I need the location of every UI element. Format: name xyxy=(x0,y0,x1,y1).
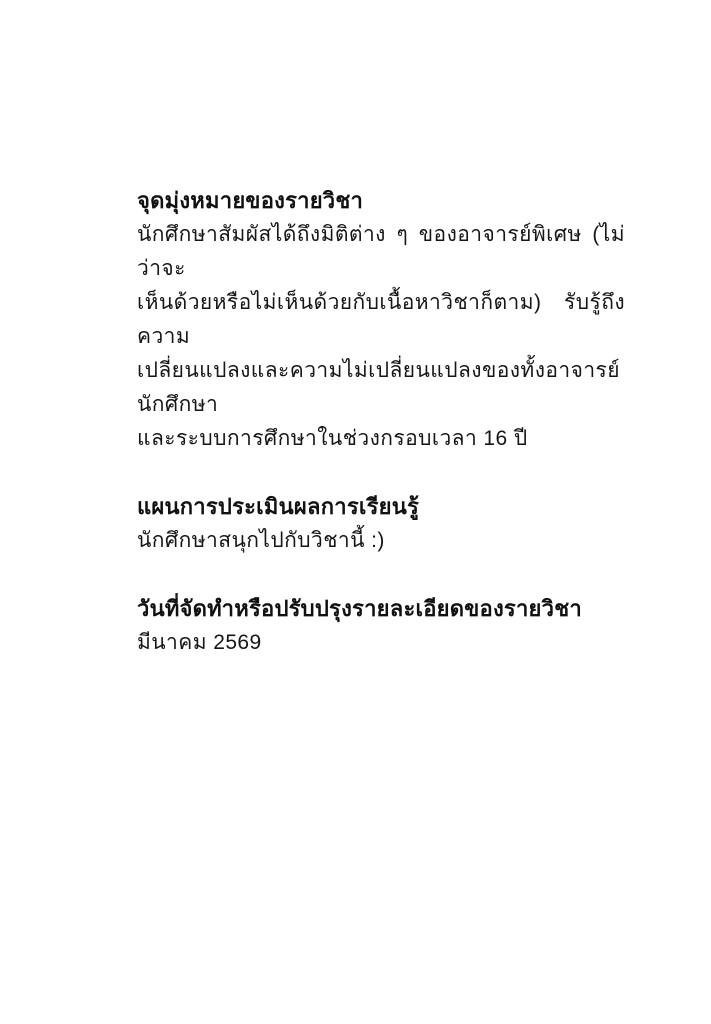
section-heading: วันที่จัดทำหรือปรับปรุงรายละเอียดของรายว… xyxy=(137,592,625,626)
section-body: นักศึกษาสนุกไปกับวิชานี้ :) xyxy=(137,524,625,558)
body-line: และระบบการศึกษาในช่วงกรอบเวลา 16 ปี xyxy=(137,422,625,456)
body-line: เห็นด้วยหรือไม่เห็นด้วยกับเนื้อหาวิชาก็ต… xyxy=(137,286,625,354)
document-section: วันที่จัดทำหรือปรับปรุงรายละเอียดของรายว… xyxy=(137,592,625,660)
section-heading: แผนการประเมินผลการเรียนรู้ xyxy=(137,490,625,524)
document-page: จุดมุ่งหมายของรายวิชา นักศึกษาสัมผัสได้ถ… xyxy=(0,0,711,1024)
document-content: จุดมุ่งหมายของรายวิชา นักศึกษาสัมผัสได้ถ… xyxy=(137,184,625,660)
body-line: นักศึกษาสนุกไปกับวิชานี้ :) xyxy=(137,524,625,558)
body-line: นักศึกษาสัมผัสได้ถึงมิติต่าง ๆ ของอาจารย… xyxy=(137,218,625,286)
body-line: มีนาคม 2569 xyxy=(137,626,625,660)
section-heading: จุดมุ่งหมายของรายวิชา xyxy=(137,184,625,218)
document-section: จุดมุ่งหมายของรายวิชา นักศึกษาสัมผัสได้ถ… xyxy=(137,184,625,456)
section-body: นักศึกษาสัมผัสได้ถึงมิติต่าง ๆ ของอาจารย… xyxy=(137,218,625,456)
document-section: แผนการประเมินผลการเรียนรู้ นักศึกษาสนุกไ… xyxy=(137,490,625,558)
section-body: มีนาคม 2569 xyxy=(137,626,625,660)
body-line: เปลี่ยนแปลงและความไม่เปลี่ยนแปลงของทั้งอ… xyxy=(137,354,625,422)
